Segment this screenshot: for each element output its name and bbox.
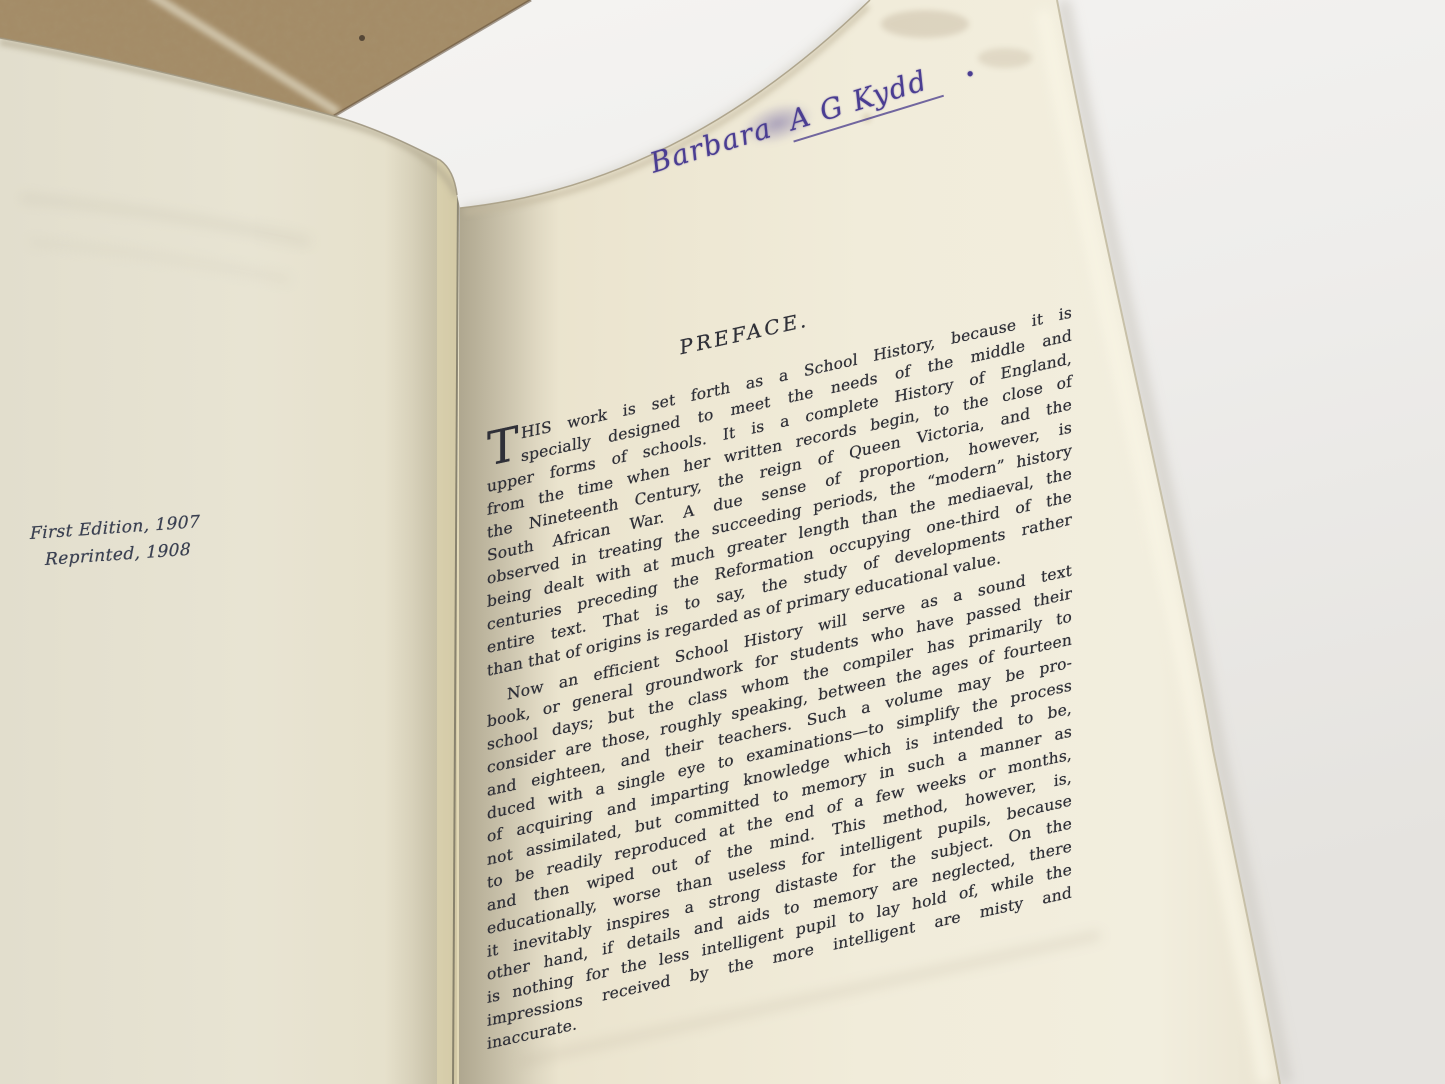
preface-text-block: PREFACE. T HIS work is set forth as a Sc… xyxy=(487,247,1072,1056)
age-smudge xyxy=(881,10,969,38)
age-smudge xyxy=(978,48,1032,68)
cork-speck xyxy=(359,35,365,41)
drop-cap-T: T xyxy=(487,423,521,476)
book-photo: Barbara A G Kydd . First Edition, 1907 R… xyxy=(0,0,1445,1084)
